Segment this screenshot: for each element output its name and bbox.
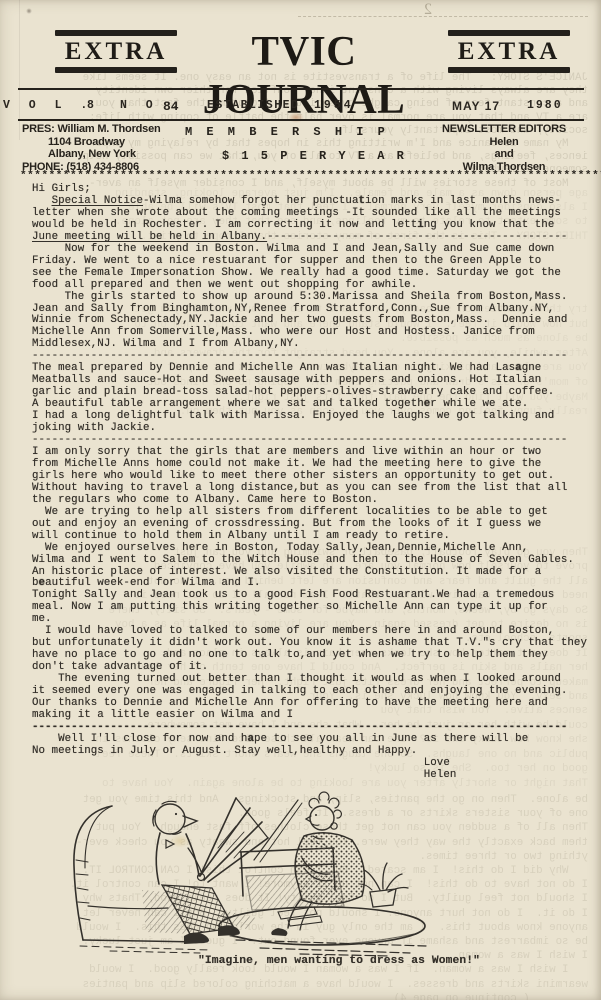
volume-number: 8 — [87, 99, 94, 112]
bleedthrough-page-number: 2 — [424, 1, 432, 19]
masthead-rule — [18, 88, 584, 90]
editors-line: and — [423, 148, 585, 161]
volume-label: V O L . — [3, 99, 93, 112]
floor-shading — [80, 946, 210, 953]
asterisk-separator: ****************************************… — [20, 170, 601, 182]
extra-label: EXTRA — [55, 36, 177, 67]
issue-number: 84 — [163, 99, 179, 114]
bleedthrough-line: wearmini skirts and dresses. I would hav… — [14, 978, 588, 992]
president-address-block: PRES: William M. Thordsen1104 BroadwayAl… — [22, 123, 161, 173]
cartoon-caption: "Imagine, men wanting to dress as Women!… — [198, 955, 480, 967]
banner-bar — [448, 67, 570, 73]
editors-line: NEWSLETTER EDITORS — [423, 123, 585, 136]
address-line: 1104 Broadway — [22, 136, 161, 149]
potted-plant — [360, 863, 408, 907]
extra-label: EXTRA — [448, 36, 570, 67]
newsletter-page: JANICE'S STORY: The life of a transvesti… — [0, 0, 601, 1000]
editors-line: Helen — [423, 136, 585, 149]
bleedthrough-dashed-line — [298, 16, 588, 17]
issue-year: 1980 — [527, 99, 563, 112]
established-year: 1954 — [314, 99, 354, 112]
established-label: ESTABLISHED — [207, 99, 299, 112]
cartoon-drawing — [50, 790, 442, 958]
newsletter-editors-block: NEWSLETTER EDITORSHelenandWilma Thordsen — [423, 123, 585, 173]
bleedthrough-line: ( continue on page 4) — [14, 992, 588, 1000]
address-line: PRES: William M. Thordsen — [22, 123, 161, 136]
woman-figure — [271, 792, 364, 936]
address-line: Albany, New York — [22, 148, 161, 161]
membership-label: M E M B E R S H I P — [185, 125, 388, 139]
issue-date: MAY 17 — [452, 99, 500, 113]
extra-banner-right: EXTRA — [448, 30, 570, 73]
paper-speck — [26, 8, 32, 14]
banner-bar — [55, 67, 177, 73]
newspaper — [198, 798, 269, 882]
typed-line: Helen — [32, 770, 587, 782]
typed-line: meal. Now I am putting this writing toge… — [32, 602, 587, 614]
newsletter-title: TVIC JOURNAL — [163, 28, 445, 124]
header-rule — [18, 119, 584, 121]
newsletter-body-text: Hi Girls; Special Notice-Wilma somehow f… — [32, 184, 587, 782]
membership-price: $ 1 5 P E R Y E A R — [222, 149, 406, 163]
extra-banner-left: EXTRA — [55, 30, 177, 73]
coffee-table — [218, 907, 425, 945]
